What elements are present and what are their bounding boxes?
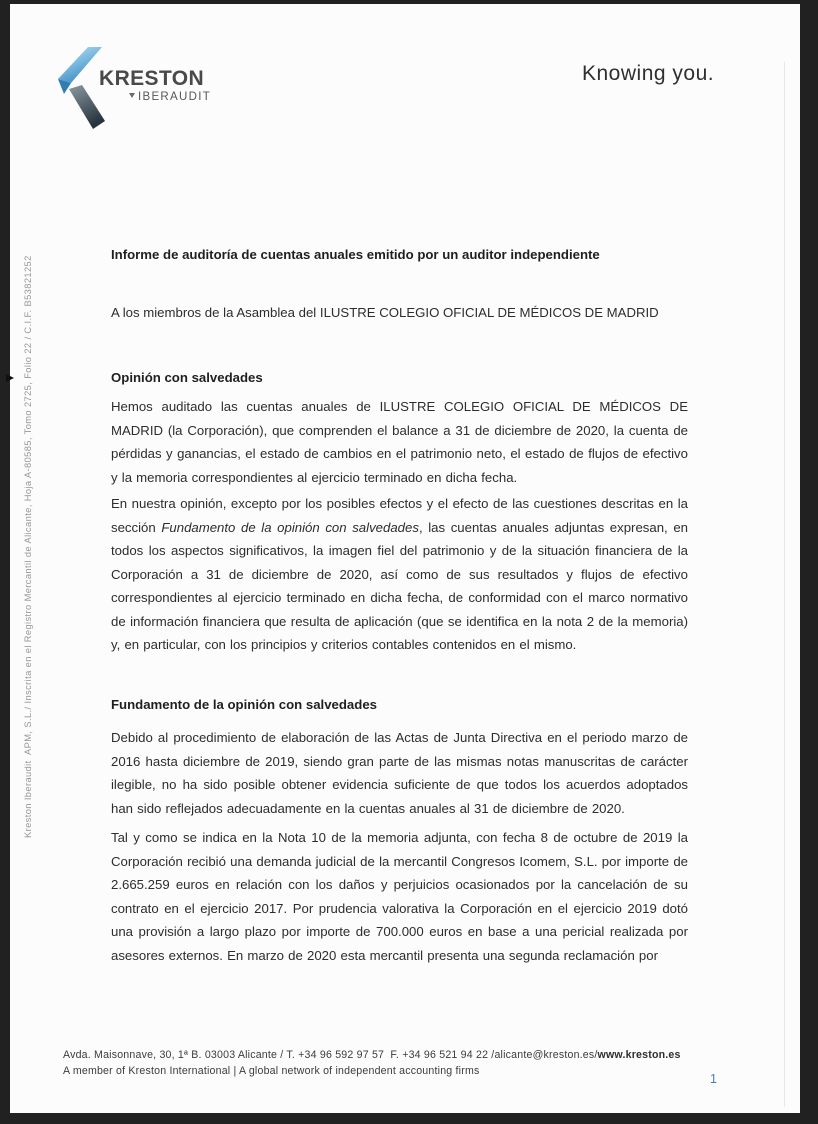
section-heading-basis: Fundamento de la opinión con salvedades <box>111 693 688 717</box>
kreston-logo-text: KRESTON <box>99 67 204 91</box>
brand-tagline: Knowing you. <box>582 62 714 86</box>
footer-website: www.kreston.es <box>598 1049 681 1061</box>
triangle-icon <box>129 93 135 98</box>
registry-side-note: Kreston Iberaudit APM, S.L./ Inscrita en… <box>23 255 33 838</box>
paragraph-basis-2: Tal y como se indica en la Nota 10 de la… <box>111 826 688 967</box>
paragraph-opinion-2: En nuestra opinión, excepto por los posi… <box>111 492 688 657</box>
addressee-line: A los miembros de la Asamblea del ILUSTR… <box>111 301 688 325</box>
margin-arrow-mark-icon <box>6 374 14 382</box>
paragraph-basis-1: Debido al procedimiento de elaboración d… <box>111 726 688 820</box>
italic-section-reference: Fundamento de la opinión con salvedades <box>161 520 419 535</box>
kreston-logo-icon <box>57 47 105 134</box>
scanned-page: KRESTON IBERAUDIT Knowing you. Kreston I… <box>10 4 800 1113</box>
page-number: 1 <box>710 1072 717 1086</box>
footer-membership-line: A member of Kreston International | A gl… <box>63 1064 763 1080</box>
paragraph-opinion-1: Hemos auditado las cuentas anuales de IL… <box>111 395 688 489</box>
scan-edge-line <box>784 62 785 1107</box>
document-title: Informe de auditoría de cuentas anuales … <box>111 243 688 267</box>
letterhead-footer: Avda. Maisonnave, 30, 1ª B. 03003 Alican… <box>63 1048 763 1079</box>
iberaudit-logo-text: IBERAUDIT <box>129 91 211 103</box>
paragraph-segment: , las cuentas anuales adjuntas expresan,… <box>111 520 688 653</box>
section-heading-opinion: Opinión con salvedades <box>111 366 688 390</box>
footer-address-line: Avda. Maisonnave, 30, 1ª B. 03003 Alican… <box>63 1048 763 1064</box>
